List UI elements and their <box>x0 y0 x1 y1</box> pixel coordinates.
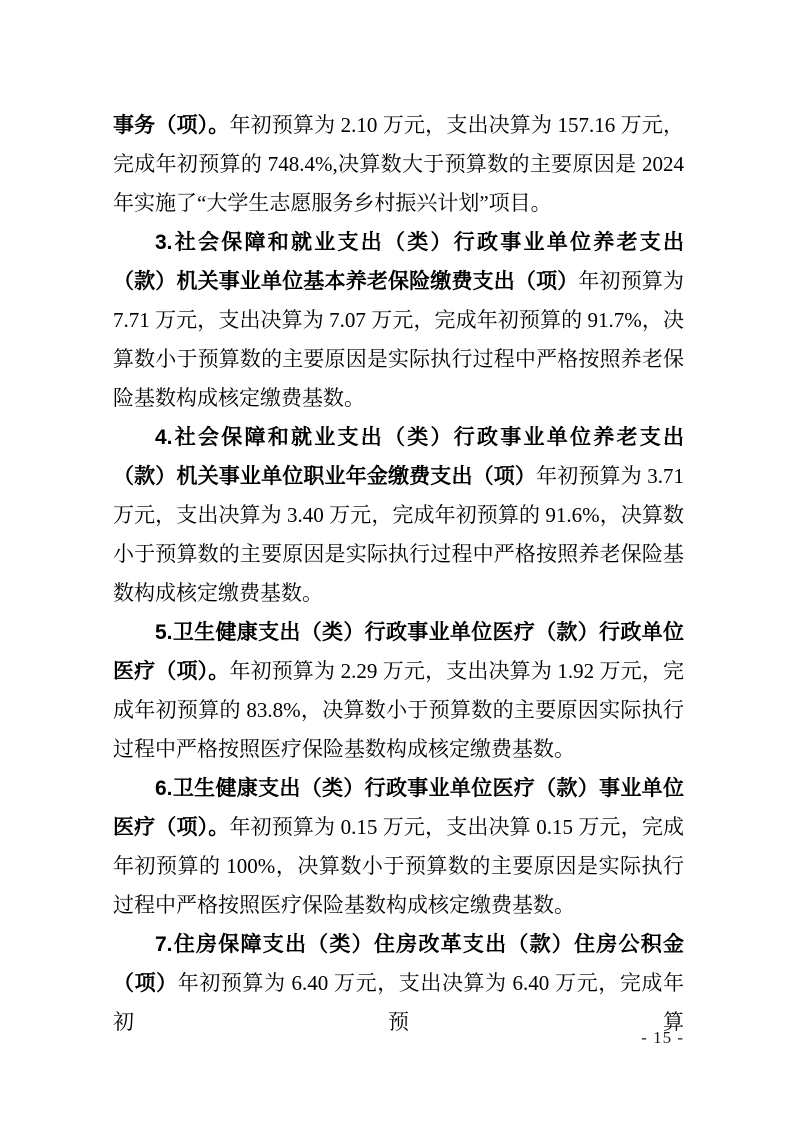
budget-item-text: 年初预算为 6.40 万元，支出决算为 6.40 万元，完成年初预算 <box>113 971 684 1034</box>
paragraph-item-3: 3.社会保障和就业支出（类）行政事业单位养老支出（款）机关事业单位基本养老保险缴… <box>113 223 684 418</box>
document-page: 事务（项）。年初预算为 2.10 万元，支出决算为 157.16 万元，完成年初… <box>0 0 793 1122</box>
paragraph-item-5: 5.卫生健康支出（类）行政事业单位医疗（款）行政单位医疗（项）。年初预算为 2.… <box>113 613 684 769</box>
page-number: - 15 - <box>641 1026 684 1050</box>
paragraph-item-7: 7.住房保障支出（类）住房改革支出（款）住房公积金（项）年初预算为 6.40 万… <box>113 925 684 1042</box>
budget-item-heading: 事务（项）。 <box>113 114 229 137</box>
paragraph-item-6: 6.卫生健康支出（类）行政事业单位医疗（款）事业单位医疗（项）。年初预算为 0.… <box>113 769 684 925</box>
paragraph-item-4: 4.社会保障和就业支出（类）行政事业单位养老支出（款）机关事业单位职业年金缴费支… <box>113 418 684 613</box>
paragraph-continuation: 事务（项）。年初预算为 2.10 万元，支出决算为 157.16 万元，完成年初… <box>113 106 684 223</box>
document-body: 事务（项）。年初预算为 2.10 万元，支出决算为 157.16 万元，完成年初… <box>113 106 684 1042</box>
